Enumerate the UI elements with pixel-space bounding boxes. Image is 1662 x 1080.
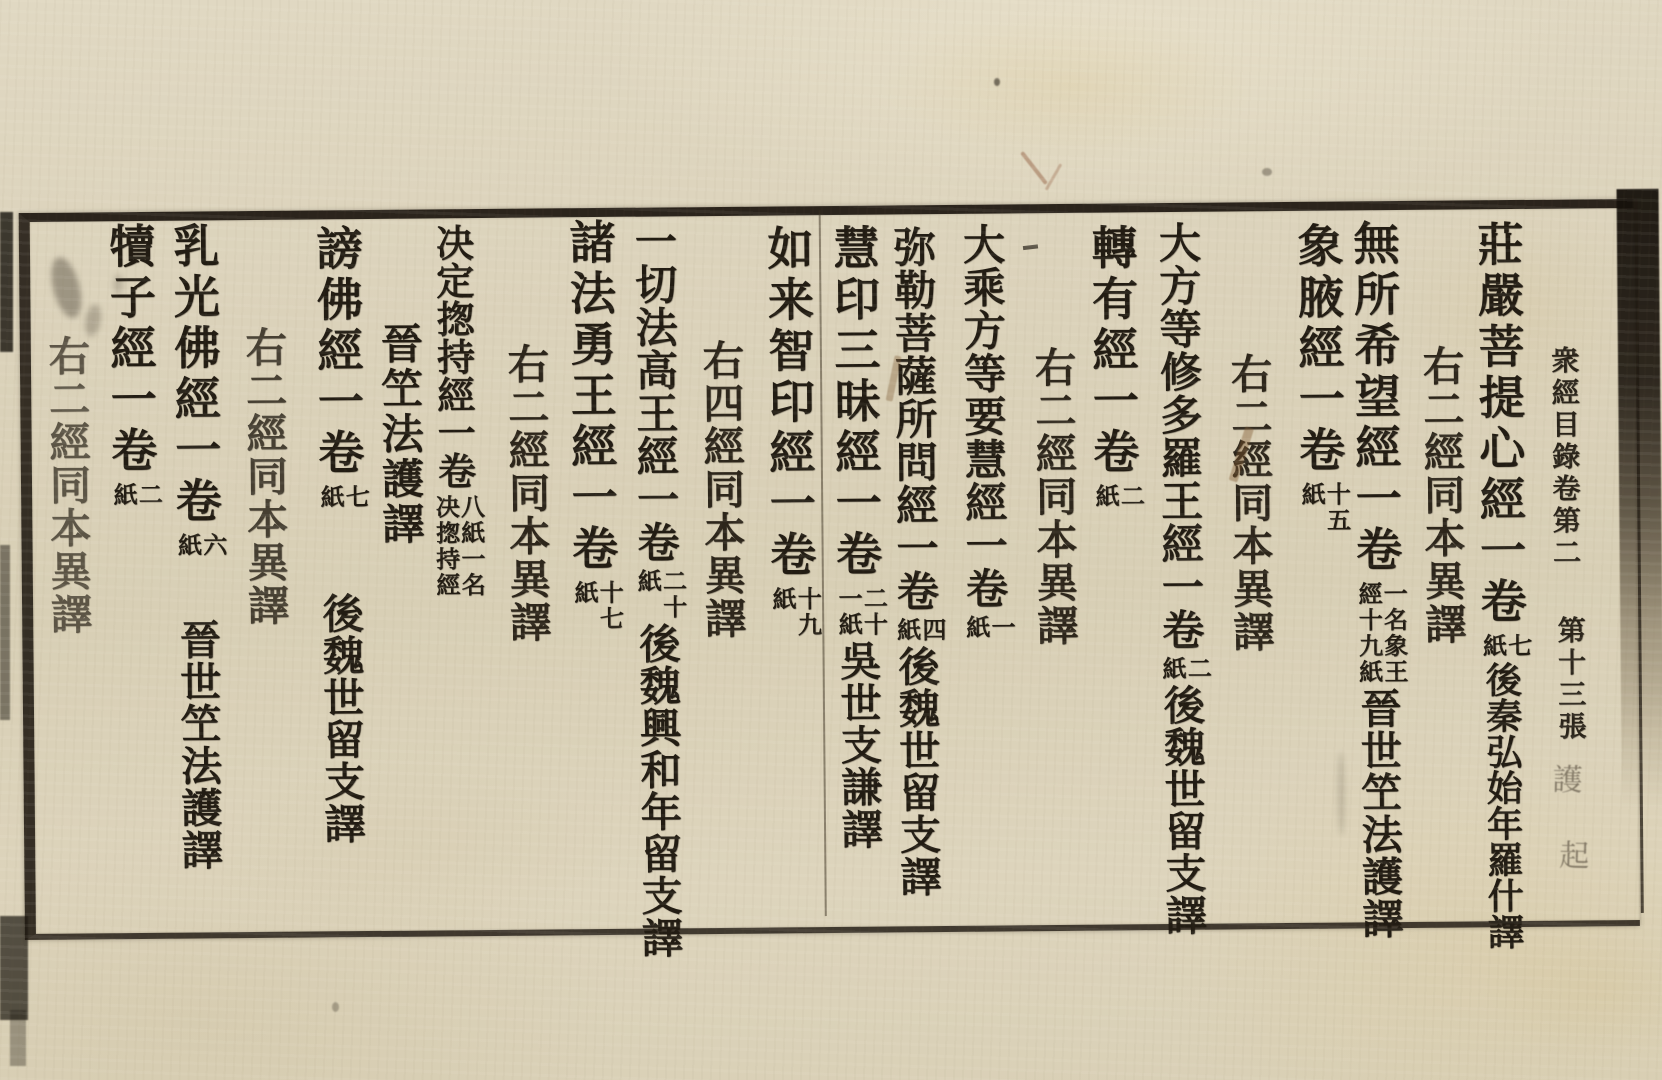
sutra-title: 如来智印經一卷: [760, 224, 817, 581]
marginal-mark-text: 起: [1553, 839, 1589, 870]
note-text: 右二經同本異譯: [1224, 352, 1275, 653]
annotation-left: 紙: [318, 484, 343, 510]
annotation-right: 十七: [597, 580, 623, 632]
note-column: 右二經同本異譯: [1028, 346, 1077, 647]
sutra-entry-column: 謗佛經一卷七紙後魏世留支譯: [310, 224, 372, 844]
sutra-entry-column: 無所希望經一卷一名象王經十九紙晉世笁法護譯: [1347, 219, 1409, 939]
sheet-count-annotation: 七紙: [1480, 633, 1531, 659]
sutra-entry-column: 莊嚴菩提心經一卷七紙後秦弘始年羅什譯: [1471, 220, 1534, 949]
sutra-entry-column: 大方等修多羅王經一卷二紙後魏世留支譯: [1153, 221, 1213, 936]
manuscript-page: 衆經目錄卷第二 第十三張 護 起 莊嚴菩提心經一卷七紙後秦弘始年羅什譯 右二經同…: [0, 0, 1662, 1080]
sutra-title: 大乘方等要慧經一卷: [957, 222, 1009, 609]
sutra-title: 諸法勇王經一卷: [562, 218, 619, 575]
translator-text: 後魏世留支譯: [315, 592, 365, 844]
catalog-title-text: 衆經目錄卷第二: [1547, 345, 1582, 569]
annotation-right: 十九: [795, 586, 821, 638]
note-text: 右二經同本異譯: [42, 334, 93, 635]
sheet-count-annotation: 二紙: [1160, 656, 1211, 682]
annotation-right: 八紙一名: [458, 494, 484, 598]
annotation-right: 二: [1185, 656, 1210, 682]
annotation-left: 經十九紙: [1356, 581, 1382, 685]
note-column: 右二經同本異譯: [501, 342, 550, 643]
annotation-right: 二: [136, 482, 161, 508]
sheet-count-annotation: 一紙: [964, 614, 1015, 640]
sutra-entry-column: 弥勒菩薩所問經一卷四紙後魏世留支譯: [888, 225, 947, 897]
sheet-count-annotation: 六紙: [175, 532, 226, 558]
alt-name-annotation: 八紙一名决揔持經: [433, 494, 484, 598]
sheet-count-annotation: 二十一紙: [836, 586, 887, 638]
page-tilt-wrapper: 衆經目錄卷第二 第十三張 護 起 莊嚴菩提心經一卷七紙後秦弘始年羅什譯 右二經同…: [0, 0, 1662, 1080]
sutra-entry-column: 慧印三昧經一卷二十一紙吳世支謙譯: [827, 224, 889, 850]
annotation-left: 紙: [1299, 482, 1325, 534]
note-text: 右二經同本異譯: [1416, 344, 1467, 645]
annotation-left: 紙: [111, 482, 136, 508]
marginal-mark: 護: [1541, 763, 1586, 794]
annotation-right: 十五: [1324, 481, 1350, 533]
paper-speck: [1262, 168, 1272, 176]
note-column: 右二經同本異譯: [239, 326, 288, 627]
alt-name-annotation: 一名象王經十九紙: [1356, 581, 1407, 685]
annotation-right: 四: [920, 617, 945, 643]
note-text: 右四經同本異譯: [696, 339, 747, 640]
sutra-title: 莊嚴菩提心經一卷: [1470, 220, 1528, 628]
sutra-entry-column: 轉有經一卷二紙: [1085, 223, 1144, 511]
note-column: 右四經同本異譯: [696, 339, 745, 640]
sutra-entry-column: 象腋經一卷十五紙: [1291, 221, 1350, 535]
note-column: 右二經同本異譯: [42, 334, 91, 635]
annotation-left: 决揔持經: [433, 494, 459, 598]
annotation-left: 紙: [572, 580, 598, 632]
annotation-right: 一名象王: [1381, 581, 1407, 685]
note-text: 右二經同本異譯: [239, 326, 290, 627]
sutra-title: 慧印三昧經一卷: [826, 224, 883, 581]
sutra-entry-column: 乳光佛經一卷六紙晉世笁法護譯: [167, 221, 229, 870]
sheet-count-annotation: 十九紙: [770, 586, 821, 638]
translator-text: 後魏世留支譯: [891, 645, 941, 897]
note-column: 右二經同本異譯: [1416, 344, 1465, 645]
sutra-entry-column: 犢子經一卷二紙: [103, 222, 162, 510]
sutra-title: 犢子經一卷: [102, 222, 158, 477]
sutra-title: 一切法高王經一卷: [629, 219, 681, 563]
annotation-left: 紙: [635, 568, 661, 620]
sutra-title: 弥勒菩薩所問經一卷: [888, 225, 940, 612]
sheet-count-annotation: 二紙: [1093, 483, 1144, 509]
annotation-left: 紙: [770, 586, 796, 638]
annotation-left: 紙: [894, 617, 919, 643]
translator-column: 晉笁法護譯: [376, 322, 425, 547]
sheet-count-annotation: 二紙: [111, 482, 162, 508]
sutra-title: 無所希望經一卷: [1346, 219, 1403, 576]
annotation-left: 紙: [1160, 656, 1185, 682]
note-text: 右二經同本異譯: [1028, 346, 1079, 647]
annotation-left: 紙: [1093, 483, 1118, 509]
annotation-left: 一紙: [836, 586, 862, 638]
sutra-entry-column: 决定揔持經一卷八紙一名决揔持經: [430, 223, 485, 600]
annotation-right: 二十: [861, 586, 887, 638]
sheet-count-annotation: 十五紙: [1299, 481, 1350, 533]
annotation-right: 一: [989, 614, 1014, 640]
sheet-number-text: 第十三張: [1554, 615, 1588, 743]
sutra-entry-column: 一切法高王經一卷二十紙後魏興和年留支譯: [629, 219, 689, 958]
sheet-count-annotation: 七紙: [318, 484, 369, 510]
annotation-left: 紙: [964, 615, 989, 641]
sutra-entry-column: 大乘方等要慧經一卷一紙: [958, 222, 1014, 642]
marginal-mark: 起: [1548, 839, 1593, 870]
annotation-right: 二十: [660, 568, 686, 620]
catalog-title-label: 衆經目錄卷第二: [1548, 345, 1581, 569]
sutra-entry-column: 如来智印經一卷十九紙: [761, 224, 821, 640]
annotation-right: 二: [1118, 483, 1143, 509]
sheet-count-annotation: 四紙: [894, 617, 945, 643]
translator-text: 吳世支謙譯: [833, 640, 883, 850]
paper-speck: [994, 78, 1000, 86]
sutra-entry-column: 諸法勇王經一卷十七紙: [563, 218, 623, 634]
ink-smudge: [113, 274, 123, 294]
translator-text: 後秦弘始年羅什譯: [1480, 661, 1525, 949]
note-column: 右二經同本異譯: [1224, 352, 1273, 653]
note-text: 右二經同本異譯: [501, 342, 552, 643]
annotation-left: 紙: [1480, 633, 1505, 659]
sutra-title: 大方等修多羅王經一卷: [1153, 221, 1206, 651]
annotation-left: 紙: [175, 533, 200, 559]
sutra-title: 謗佛經一卷: [309, 224, 365, 479]
sheet-count-annotation: 二十紙: [635, 568, 686, 620]
sutra-title: 乳光佛經一卷: [166, 221, 223, 527]
sheet-number-label: 第十三張: [1554, 615, 1586, 743]
translator-text: 晉世笁法護譯: [1353, 687, 1403, 939]
annotation-right: 七: [343, 484, 368, 510]
sutra-title: 象腋經一卷: [1290, 222, 1346, 477]
translator-text: 晉世笁法護譯: [173, 618, 223, 870]
translator-text: 後魏世留支譯: [1157, 684, 1207, 936]
annotation-right: 六: [200, 532, 225, 558]
sutra-title: 轉有經一卷: [1084, 223, 1140, 478]
sutra-title: 决定揔持經一卷: [429, 223, 476, 489]
annotation-right: 七: [1505, 633, 1530, 659]
marginal-mark-text: 護: [1546, 763, 1582, 794]
translator-text: 晉笁法護譯: [375, 322, 426, 547]
translator-text: 後魏興和年留支譯: [632, 622, 683, 958]
paper-speck: [332, 1002, 339, 1012]
sheet-count-annotation: 十七紙: [572, 580, 623, 632]
